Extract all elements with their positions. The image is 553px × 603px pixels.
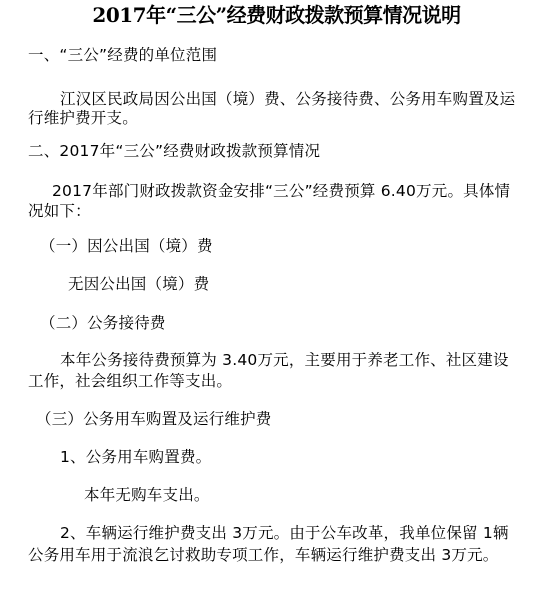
subsection-1-heading: （一）因公出国（境）费 xyxy=(40,236,213,256)
item-1-heading: 1、公务用车购置费。 xyxy=(60,447,211,467)
section-1-paragraph-line-1: 江汉区民政局因公出国（境）费、公务接待费、公务用车购置及运 xyxy=(60,89,515,109)
item-1-text: 本年无购车支出。 xyxy=(84,485,210,505)
document-page: 2017年“三公”经费财政拨款预算情况说明 一、“三公”经费的单位范围 江汉区民… xyxy=(0,0,553,603)
subsection-2-paragraph-line-1: 本年公务接待费预算为 3.40万元，主要用于养老工作、社区建设 xyxy=(60,350,509,370)
section-2-paragraph-line-1: 2017年部门财政拨款资金安排“三公”经费预算 6.40万元。具体情 xyxy=(52,181,510,201)
item-2-paragraph-line-1: 2、车辆运行维护费支出 3万元。由于公车改革，我单位保留 1辆 xyxy=(60,523,509,543)
subsection-1-text: 无因公出国（境）费 xyxy=(68,274,209,294)
section-2-heading: 二、2017年“三公”经费财政拨款预算情况 xyxy=(28,141,320,161)
section-1-paragraph-line-2: 行维护费开支。 xyxy=(28,108,138,128)
subsection-2-paragraph-line-2: 工作，社会组织工作等支出。 xyxy=(28,371,232,391)
subsection-3-heading: （三）公务用车购置及运行维护费 xyxy=(36,409,272,429)
item-2-paragraph-line-2: 公务用车用于流浪乞讨救助专项工作，车辆运行维护费支出 3万元。 xyxy=(28,545,499,565)
section-2-paragraph-line-2: 况如下： xyxy=(28,201,91,221)
document-title: 2017年“三公”经费财政拨款预算情况说明 xyxy=(0,2,553,28)
subsection-2-heading: （二）公务接待费 xyxy=(40,313,166,333)
section-1-heading: 一、“三公”经费的单位范围 xyxy=(28,45,217,65)
